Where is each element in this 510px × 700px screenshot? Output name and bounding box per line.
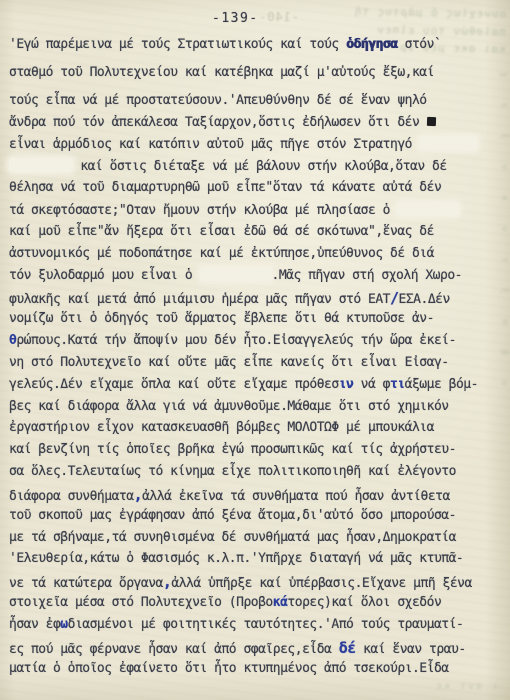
text-segment: φυλακῆς καί μετά ἀπό μιάμισυ ἡμέρα μᾶς π… [9, 292, 390, 307]
typed-line: ματία ὁ ὁποῖος ἐφαίνετο ὅτι ἦτο κτυπημέν… [9, 661, 495, 683]
text-segment: / [390, 289, 399, 307]
text-segment: δέ [339, 639, 356, 657]
typed-line: ἦσαν ἐφωδιασμένοι μέ φοιτητικές ταυτότητ… [9, 617, 495, 639]
text-segment: νομίζω ὅτι ὁ ὁδηγός τοῦ ἅρματος ἔβλεπε ὅ… [9, 311, 434, 326]
typed-line: νομίζω ὅτι ὁ ὁδηγός τοῦ ἅρματος ἔβλεπε ὅ… [9, 311, 495, 333]
text-segment: σα ὅλες.Τελευταίως τό κίνημα εἶχε πολιτι… [9, 464, 456, 479]
text-segment: ἀλλά ἐκεῖνα τά συνθήματα πού ἦσαν ἀντίθε… [142, 489, 450, 504]
text-segment: 'Ελευθερία,κάτω ὁ Φασισμός κ.λ.π.'Υπῆρχε… [9, 551, 463, 566]
text-segment: ὁδήγησα [346, 37, 397, 52]
text-segment: .Μᾶς πῆγαν στή σχολή Χωρο- [272, 268, 463, 283]
page-number: -139- [212, 11, 259, 26]
typed-line: τούς εἶπα νά μέ προστατεύσουν.'Απευθύνθη… [9, 93, 495, 115]
text-segment: καί μοῦ εἶπε"ἄν ἤξερα ὅτι εἶσαι ἐδῶ θά σ… [9, 224, 434, 239]
typed-line: νη στό Πολυτεχνεῖο καί οὔτε μᾶς εἶπε καν… [9, 355, 495, 377]
text-segment: τορες)καί ὅλοι σχεδόν [287, 595, 441, 610]
typed-line: ἄνδρα πού τόν ἀπεκάλεσα Ταξίαρχον,ὅστις … [9, 115, 495, 137]
typed-line: βες καί διάφορα ἄλλα γιά νά ἀμυνθοῦμε.Μά… [9, 399, 495, 421]
text-segment: ἦσαν ἐφ [9, 617, 60, 632]
typed-line: θέλησα νά τοῦ διαμαρτυρηθῶ μοῦ εἶπε"ὅταν… [9, 180, 495, 202]
text-segment: στοιχεῖα μέσα στό Πολυτεχνεῖο (Προβο [9, 595, 273, 610]
typed-line: καί ὅστις διέταξε νά μέ βάλουν στήν κλού… [9, 158, 495, 180]
bleedthrough-text-bottom-right: ι αντ κε [434, 681, 498, 692]
typed-line: 'Εγώ παρέμεινα μέ τούς Στρατιωτικούς καί… [9, 37, 495, 59]
text-segment: τόν ξυλοδαρμό μου εἶναι ὁ [9, 268, 200, 283]
typed-line: στοιχεῖα μέσα στό Πολυτεχνεῖο (Προβοκάτο… [9, 595, 495, 617]
typed-line: σταθμό τοῦ Πολυτεχνείου καί κατέβηκα μαζ… [9, 65, 495, 87]
text-segment: θέλησα νά τοῦ διαμαρτυρηθῶ μοῦ εἶπε"ὅταν… [9, 180, 441, 195]
text-segment: , [134, 486, 143, 504]
typed-line: τά σκεφτόσαστε;"Οταν ἤμουν στήν κλούβα μ… [9, 202, 495, 224]
typed-line: θρώπους.Κατά τήν ἄποψίν μου δέν ἦτο.Εἰσα… [9, 333, 495, 355]
typed-line: σα ὅλες.Τελευταίως τό κίνημα εἶχε πολιτι… [9, 464, 495, 486]
text-segment: ματία ὁ ὁποῖος ἐφαίνετο ὅτι ἦτο κτυπημέν… [9, 661, 449, 676]
typed-line: γελεύς.Δέν εἴχαμε ὅπλα καί οὔτε εἴχαμε π… [9, 377, 495, 399]
text-segment: διασμένοι μέ φοιτητικές ταυτότητες.'Από … [68, 617, 464, 632]
text-segment: καί ἕναν τραυ- [356, 642, 466, 657]
text-segment: ω [60, 617, 67, 632]
typed-line: εἶναι ἁρμόδιος καί κατόπιν αὐτοῦ μᾶς πῆγ… [9, 136, 495, 158]
text-segment: διάφορα συνθήματα [9, 489, 134, 504]
ink-blot [426, 116, 435, 125]
typed-line: ες πού μᾶς φέρνανε ἦσαν καί ἀπό σφαῖρες,… [9, 639, 495, 661]
typed-line: τόν ξυλοδαρμό μου εἶναι ὁ .Μᾶς πῆγαν στή… [9, 267, 495, 289]
text-segment: ἄνδρα πού τόν ἀπεκάλεσα Ταξίαρχον,ὅστις … [9, 115, 427, 130]
text-segment: τά σκεφτόσαστε;"Οταν ἤμουν στήν κλούβα μ… [9, 203, 397, 218]
text-segment: ιν [339, 377, 354, 392]
typed-line: τοῦ σκοποῦ μας ἐγράφησαν ἀπό ξένα ἄτομα,… [9, 508, 495, 530]
typed-line: με τά σβήναμε,τά συνηθισμένα δέ συνθήματ… [9, 530, 495, 552]
redaction-patch [419, 136, 477, 150]
text-segment: ἀλλά ὑπῆρξε καί ὑπέρβασις.Εἴχανε μπῆ ξέν… [171, 576, 471, 591]
text-segment: νε τά κατώτερα ὄργανα [9, 576, 163, 591]
bleedthrough-page-number: -140- [258, 10, 299, 24]
text-segment: τούς εἶπα νά μέ προστατεύσουν.'Απευθύνθη… [9, 93, 427, 108]
text-segment: ΕΣΑ.Δέν [399, 292, 450, 307]
redaction-patch [200, 267, 272, 281]
typed-line: ἀστυνομικός μέ ποδοπάτησε καί μέ ἐκτύπησ… [9, 246, 495, 268]
typed-line: καί μοῦ εἶπε"ἄν ἤξερα ὅτι εἶσαι ἐδῶ θά σ… [9, 224, 495, 246]
redaction-patch [397, 202, 459, 216]
text-segment: νά φ [353, 377, 390, 392]
typed-line: νε τά κατώτερα ὄργανα,ἀλλά ὑπῆρξε καί ὑπ… [9, 573, 495, 595]
text-segment: νη στό Πολυτεχνεῖο καί οὔτε μᾶς εἶπε καν… [9, 355, 449, 370]
typed-line: διάφορα συνθήματα,ἀλλά ἐκεῖνα τά συνθήμα… [9, 486, 495, 508]
text-segment: κά [273, 595, 288, 610]
text-segment: άξωμε βόμ- [405, 377, 478, 392]
bleedthrough-text-right-edge: χ ε ξ υ κ ν τ ξ π β ν [499, 72, 509, 396]
text-segment: ἐργαστήριον εἶχον κατασκευασθῆ βόμβες ΜΟ… [9, 420, 434, 435]
redaction-patch [9, 158, 73, 172]
typed-line: 'Ελευθερία,κάτω ὁ Φασισμός κ.λ.π.'Υπῆρχε… [9, 551, 495, 573]
text-segment: βες καί διάφορα ἄλλα γιά νά ἀμυνθοῦμε.Μά… [9, 399, 449, 414]
text-segment: ἀστυνομικός μέ ποδοπάτησε καί μέ ἐκτύπησ… [9, 246, 434, 261]
text-segment: καί ὅστις διέταξε νά μέ βάλουν στήν κλού… [73, 159, 447, 174]
text-segment: με τά σβήναμε,τά συνηθισμένα δέ συνθήματ… [9, 530, 456, 545]
text-segment: γελεύς.Δέν εἴχαμε ὅπλα καί οὔτε εἴχαμε π… [9, 377, 339, 392]
text-segment: ρώπους.Κατά τήν ἄποψίν μου δέν ἦτο.Εἰσαγ… [16, 333, 456, 348]
typed-line: ἐργαστήριον εἶχον κατασκευασθῆ βόμβες ΜΟ… [9, 420, 495, 442]
text-segment: εἶναι ἁρμόδιος καί κατόπιν αὐτοῦ μᾶς πῆγ… [9, 137, 419, 152]
typed-text-body: 'Εγώ παρέμεινα μέ τούς Στρατιωτικούς καί… [9, 37, 495, 682]
text-segment: τοῦ σκοποῦ μας ἐγράφησαν ἀπό ξένα ἄτομα,… [9, 508, 456, 523]
typed-line: καί βενζίνη τίς ὁποῖες βρῆκα ἐγώ προσωπι… [9, 442, 495, 464]
text-segment: 'Εγώ παρέμεινα μέ τούς Στρατιωτικούς καί… [9, 37, 346, 52]
text-segment: στόν` [397, 37, 441, 52]
text-segment: καί βενζίνη τίς ὁποῖες βρῆκα ἐγώ προσωπι… [9, 442, 456, 457]
text-segment: ες πού μᾶς φέρνανε ἦσαν καί ἀπό σφαῖρες,… [9, 642, 339, 657]
text-segment: σταθμό τοῦ Πολυτεχνείου καί κατέβηκα μαζ… [9, 65, 434, 80]
text-segment: τι [390, 377, 405, 392]
typed-line: φυλακῆς καί μετά ἀπό μιάμισυ ἡμέρα μᾶς π… [9, 289, 495, 311]
